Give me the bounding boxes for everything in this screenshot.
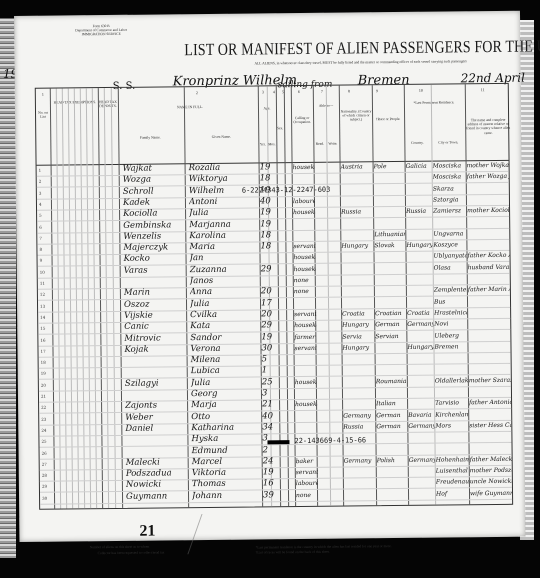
calling: labourer <box>293 196 315 207</box>
residence-city: Zamiersz <box>433 205 466 216</box>
calling: none <box>294 275 316 286</box>
row-number: 20 <box>41 379 53 390</box>
nearest-relative: husband Varas Janos <box>468 262 510 273</box>
age-value: 19 <box>263 467 279 478</box>
col-city: City or Town. <box>432 140 464 145</box>
given-name: Katharina <box>191 422 261 434</box>
col-race: †Race or People. <box>372 117 404 122</box>
nationality: Croatia <box>342 308 374 319</box>
given-name: Karolina <box>189 230 259 242</box>
nearest-relative: mother Szaraz Rozsa <box>469 375 511 386</box>
age-value: 34 <box>262 422 278 433</box>
calling: servant <box>296 467 318 478</box>
age-value: 20 <box>261 287 277 298</box>
row-number: 8 <box>39 244 51 255</box>
residence-city: Sztorgia <box>433 194 466 205</box>
col-sex: Sex. <box>276 126 284 130</box>
family-name: Varas <box>124 265 186 277</box>
age-value: 40 <box>262 411 278 422</box>
given-name: Julia <box>189 208 259 220</box>
age-value: 18 <box>260 230 276 241</box>
age-value: 20 <box>261 309 277 320</box>
age-value: 17 <box>261 298 277 309</box>
col-country: Country. <box>404 141 430 145</box>
family-name: Guymann <box>126 491 188 503</box>
given-name: Viktoria <box>192 468 262 480</box>
calling: servant <box>294 343 316 354</box>
residence-city: Uleberg <box>434 330 467 341</box>
row-number: 26 <box>42 447 54 458</box>
row-number: 14 <box>40 312 52 323</box>
family-name: Oszoz <box>124 299 186 311</box>
family-name: Kojak <box>124 344 186 356</box>
family-name: Gembinska <box>123 220 185 232</box>
given-name: Hyska <box>191 434 261 446</box>
nearest-relative: mother Wojkat Anna <box>467 160 509 171</box>
given-name: Wiktorya <box>189 174 259 186</box>
row-number: 19 <box>41 368 53 379</box>
age-value: 29 <box>261 264 277 275</box>
residence-city: Freudenau <box>436 477 469 488</box>
calling: servant <box>294 309 316 320</box>
family-name <box>125 434 187 435</box>
family-name: Zajonts <box>125 401 187 413</box>
given-name: Edmund <box>192 445 262 457</box>
family-name: Weber <box>125 412 187 424</box>
age-value: 19 <box>261 332 277 343</box>
age-value: 21 <box>262 400 278 411</box>
col-calling: Calling or Occupation. <box>291 116 313 125</box>
calling: housekeeper <box>294 264 316 275</box>
residence-city: Olasa <box>434 262 467 273</box>
col-relative: The name and complete address of nearest… <box>466 118 510 135</box>
age-value: 29 <box>261 320 277 331</box>
manifest-page: Form 630 B Department of Commerce and La… <box>14 11 525 542</box>
residence-city: Luisenthal <box>436 465 469 476</box>
family-name: Nowicki <box>126 480 188 492</box>
race: Polish <box>377 455 408 466</box>
residence-city: Hrastelnica <box>434 307 467 318</box>
nationality: Servia <box>342 331 374 342</box>
nearest-relative: sister Hess Camilla <box>469 420 511 431</box>
given-name: Georg <box>191 388 261 400</box>
residence-city: Novi <box>434 318 467 329</box>
family-name: Wajkat <box>123 163 185 175</box>
row1-stamp: 6-2274343-12-2247-603 <box>242 186 331 195</box>
row-number: 2 <box>39 176 51 187</box>
row-number: 30 <box>42 492 54 503</box>
document-subtitle: ALL ALIENS, in whatsoever class they tra… <box>254 59 466 65</box>
col-nationality: Nationality. (Country of which citizen o… <box>340 109 372 122</box>
row-number: 9 <box>40 255 52 266</box>
row-number: 18 <box>41 357 53 368</box>
residence-country: Germany <box>409 454 435 465</box>
family-name: Vijskie <box>124 310 186 322</box>
footer-note-1: *Last permanent residence is the country… <box>256 544 392 549</box>
col-given-name: Given Name. <box>186 134 256 139</box>
col-last-residence: *Last Permanent Residence. <box>404 100 464 105</box>
family-name: Canic <box>124 321 186 333</box>
family-name: Szilagyi <box>125 378 187 390</box>
residence-country: Germany <box>407 319 433 330</box>
nearest-relative: mother Kociolla Anna <box>467 205 509 216</box>
race: German <box>376 409 407 420</box>
row-number: 28 <box>42 470 54 481</box>
given-name: Marja <box>191 400 261 412</box>
col-no-on-list: No. on List <box>36 111 50 120</box>
given-name: Anna <box>190 287 260 299</box>
row-number: 13 <box>40 300 52 311</box>
calling: housekeeper <box>295 399 317 410</box>
row-number: 16 <box>40 334 52 345</box>
given-name: Maria <box>189 242 259 254</box>
row24-stamp: 22-143669-4-15-66 <box>294 436 366 445</box>
age-value: 19 <box>260 219 276 230</box>
nationality: Hungary <box>341 240 373 251</box>
calling: farmer <box>294 331 316 342</box>
row-number: 29 <box>42 481 54 492</box>
residence-city: Tarvisio <box>435 398 468 409</box>
family-name: Wenzelis <box>123 231 185 243</box>
family-name <box>125 367 187 368</box>
nearest-relative: father Antonio Zajonts <box>469 397 511 408</box>
manifest-table: 1 2 3 4 5 6 7 8 9 10 11 No. on List HEAD… <box>35 83 513 510</box>
col-write: Write. <box>326 142 339 146</box>
redaction-bar <box>267 440 289 444</box>
family-name: Daniel <box>125 423 187 435</box>
family-name <box>125 389 187 390</box>
family-name: Majerczyk <box>123 242 185 254</box>
family-name: Podszadua <box>126 468 188 480</box>
family-name: Schroll <box>123 186 185 198</box>
residence-city: Hof <box>436 488 469 499</box>
calling: labourer <box>296 478 318 489</box>
column-number: 8 <box>348 88 350 93</box>
residence-city: Bremen <box>434 341 467 352</box>
nearest-relative: father Malecki <box>470 454 512 465</box>
residence-city: Mors <box>435 420 468 431</box>
residence-country: Hungary <box>406 240 432 251</box>
column-number: 9 <box>376 88 378 93</box>
calling: baker <box>296 456 318 467</box>
calling: housekeeper <box>294 320 316 331</box>
row-number: 21 <box>41 391 53 402</box>
given-name: Janos <box>190 275 260 287</box>
age-value: 40 <box>260 196 276 207</box>
nearest-relative: father Wozga Jan <box>467 171 509 182</box>
given-name: Cvilka <box>190 309 260 321</box>
residence-city: Bus <box>434 296 467 307</box>
row-number: 22 <box>41 402 53 413</box>
given-name: Marjanna <box>189 219 259 231</box>
column-number: 11 <box>481 87 485 92</box>
residence-city: Ungvarna <box>433 228 466 239</box>
column-number: 10 <box>419 88 423 93</box>
given-name: Otto <box>191 411 261 423</box>
age-value: 16 <box>263 479 279 490</box>
family-name: Marin <box>124 288 186 300</box>
age-value: 30 <box>261 343 277 354</box>
age-value: 18 <box>260 174 276 185</box>
race: Servian <box>375 330 406 341</box>
age-value: 1 <box>262 366 278 377</box>
footer-note-2: †List of races will be found on the back… <box>256 550 330 555</box>
table-header: 1 2 3 4 5 6 7 8 9 10 11 No. on List HEAD… <box>36 84 509 166</box>
residence-country: Hungary <box>407 341 433 352</box>
column-number: 4 <box>273 89 275 94</box>
given-name: Johann <box>192 490 262 502</box>
race: German <box>376 421 407 432</box>
given-name: Lubica <box>191 366 261 378</box>
residence-country: Bavaria <box>408 409 434 420</box>
residence-city: Oldallerlaki <box>435 375 468 386</box>
residence-city: Mosciska <box>433 160 466 171</box>
given-name: Zuzanna <box>190 264 260 276</box>
row-number: 7 <box>39 232 51 243</box>
col-head-tax-deposits: HEAD TAX DEPOSITS. <box>98 100 118 109</box>
residence-city: Koszyce <box>433 239 466 250</box>
col-name-in-full: NAME IN FULL. <box>120 104 260 110</box>
residence-country: Galicia <box>406 161 432 172</box>
col-age-mos: Mos. <box>267 142 276 146</box>
calling: housekeeper <box>293 162 315 173</box>
nationality: Hungary <box>342 342 374 353</box>
nationality: Germany <box>343 410 375 421</box>
calling: housekeeper <box>293 252 315 263</box>
column-number: 6 <box>298 89 300 94</box>
given-name: Verona <box>190 343 260 355</box>
calling: none <box>296 490 318 501</box>
row-number: 11 <box>40 278 52 289</box>
inspector-signature <box>187 514 252 555</box>
family-name: Malecki <box>126 457 188 469</box>
age-value: 3 <box>262 388 278 399</box>
nationality: Germany <box>344 455 376 466</box>
footer-collector-line: Collector has been requested to collect … <box>98 550 165 555</box>
department-heading: Form 630 B Department of Commerce and La… <box>66 24 136 37</box>
footer-aliens-line: Number of aliens on this sheet as to who… <box>90 545 150 550</box>
given-name: Julia <box>191 377 261 389</box>
race: Pole <box>374 161 405 172</box>
row-number: 27 <box>42 458 54 469</box>
nationality: Austria <box>341 161 373 172</box>
residence-country: Russia <box>406 206 432 217</box>
row-number: 4 <box>39 199 51 210</box>
document-title: LIST OR MANIFEST OF ALIEN PASSENGERS FOR… <box>184 36 540 60</box>
calling: servant <box>293 241 315 252</box>
column-number: 3 <box>262 89 264 94</box>
race: Italian <box>376 398 407 409</box>
race: Croatian <box>375 308 406 319</box>
residence-city: Skarza <box>433 183 466 194</box>
nationality: Russia <box>341 206 373 217</box>
col-read: Read. <box>313 142 326 146</box>
row-number: 24 <box>41 425 53 436</box>
age-value: 18 <box>260 241 276 252</box>
col-family-name: Family Name. <box>120 135 180 140</box>
residence-city: Zemplenteleki <box>434 285 467 296</box>
family-name: Mitrovic <box>124 333 186 345</box>
calling: none <box>294 286 316 297</box>
nearest-relative: father Kocko Andras <box>467 250 509 261</box>
family-name: Wozga <box>123 175 185 187</box>
row-number: 1 <box>39 165 51 176</box>
page-binding-edge <box>0 18 16 558</box>
given-name: Thomas <box>192 479 262 491</box>
col-age-yrs: Yrs. <box>258 142 267 146</box>
given-name: Sandor <box>190 332 260 344</box>
age-value: 19 <box>260 162 276 173</box>
row-number: 15 <box>40 323 52 334</box>
residence-country: Germany <box>408 421 434 432</box>
row-number: 3 <box>39 187 51 198</box>
nationality: Hungary <box>342 319 374 330</box>
row-number: 12 <box>40 289 52 300</box>
race: Roumanian <box>376 376 407 387</box>
age-value: 39 <box>263 490 279 501</box>
column-number: 7 <box>321 89 323 94</box>
family-name: Kadek <box>123 197 185 209</box>
nearest-relative: father Marin Andras <box>468 284 510 295</box>
race: German <box>375 319 406 330</box>
nearest-relative: mother Podszadua <box>470 465 512 476</box>
residence-city: Kirchenlamitz <box>435 409 468 420</box>
column-number: 2 <box>196 90 198 95</box>
family-name: Kocko <box>124 254 186 266</box>
given-name: Julia <box>190 298 260 310</box>
nearest-relative: wife Guymann Anna <box>470 487 512 498</box>
age-value: 25 <box>262 377 278 388</box>
row-number: 23 <box>41 413 53 424</box>
residence-city: Mosciska <box>433 172 466 183</box>
family-name <box>124 276 186 277</box>
row-number: 10 <box>40 266 52 277</box>
age-value: 2 <box>263 445 279 456</box>
given-name: Antoni <box>189 196 259 208</box>
family-name: Kociolla <box>123 208 185 220</box>
row-number: 25 <box>41 436 53 447</box>
age-value: 5 <box>262 354 278 365</box>
family-name <box>125 355 187 356</box>
calling: housekeeper <box>295 377 317 388</box>
total-count: 21 <box>139 523 155 541</box>
residence-city: Hohenhain <box>436 454 469 465</box>
age-value: 19 <box>260 207 276 218</box>
given-name: Kata <box>190 321 260 333</box>
nearest-relative: uncle Nowicki <box>470 476 512 487</box>
race: Slovak <box>374 240 405 251</box>
age-value: 24 <box>263 456 279 467</box>
race: Lithuanian <box>374 229 405 240</box>
given-name: Rozalia <box>189 162 259 174</box>
calling: housekeeper <box>293 207 315 218</box>
row-number: 5 <box>39 210 51 221</box>
residence-city: Ublyanyatas <box>433 251 466 262</box>
nationality: Russia <box>343 421 375 432</box>
column-number: 1 <box>42 92 44 97</box>
residence-country: Croatia <box>407 308 433 319</box>
row-number: 6 <box>39 221 51 232</box>
given-name: Jan <box>189 253 259 265</box>
given-name: Marcel <box>192 456 262 468</box>
family-name <box>126 446 188 447</box>
given-name: Milena <box>191 355 261 367</box>
service-name: IMMIGRATION SERVICE <box>66 32 136 37</box>
row-number: 17 <box>40 345 52 356</box>
